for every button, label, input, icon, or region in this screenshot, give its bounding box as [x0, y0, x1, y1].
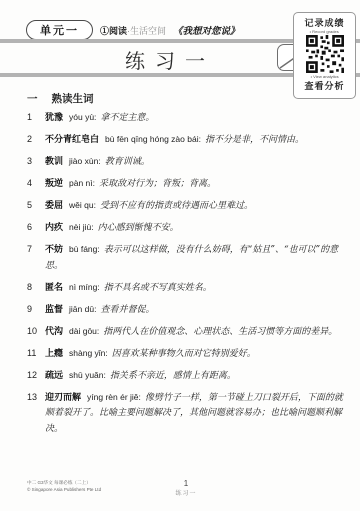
qr-bottom-sublabel: • View analytics [310, 74, 338, 79]
vocab-definition: 拿不定主意。 [100, 113, 154, 123]
list-item: 8匿名nì míng:指不具名或不写真实姓名。 [27, 280, 345, 296]
vocab-term: 不分青红皂白 [45, 134, 99, 144]
list-item: 9监督jiān dū:查看并督促。 [27, 302, 345, 318]
vocab-pinyin: yóu yù: [69, 112, 96, 122]
vocab-definition: 因喜欢某种事物久而对它特别爱好。 [112, 349, 256, 359]
list-item: 4叛逆pàn nì:采取敌对行为；背叛；背离。 [27, 176, 345, 192]
section-heading: 一 熟读生词 [27, 91, 94, 106]
vocab-pinyin: wěi qu: [69, 200, 96, 210]
vocab-pinyin: nèi jiù: [69, 222, 94, 232]
vocab-definition: 教育训诫。 [105, 157, 150, 167]
qr-bottom-label: 查看分析 [304, 79, 344, 92]
list-item: 10代沟dài gōu:指两代人在价值观念、心理状态、生活习惯等方面的差异。 [27, 324, 345, 340]
vocab-pinyin: dài gōu: [69, 326, 99, 336]
vocab-term: 犹豫 [45, 112, 63, 122]
vocab-term: 匿名 [45, 282, 63, 292]
list-item: 11上瘾shàng yǐn:因喜欢某种事物久而对它特别爱好。 [27, 346, 345, 362]
lesson-number-icon: ① [100, 26, 109, 36]
worksheet-page: 单元一 ①阅读·生活空间 《我想对您说》 练习一 42分 记录成绩 • Reco… [0, 0, 360, 511]
vocab-pinyin: jiān dū: [69, 304, 96, 314]
vocab-pinyin: bù fēn qīng hóng zào bái: [105, 134, 201, 144]
list-item: 13迎刃而解yíng rèn ér jiě:像劈竹子一样，第一节碰上刀口裂开后，… [27, 390, 345, 437]
vocab-pinyin: pàn nì: [69, 178, 95, 188]
vocab-definition: 指不分是非，不问情由。 [205, 135, 304, 145]
vocab-term: 上瘾 [45, 348, 63, 358]
vocab-pinyin: shū yuǎn: [69, 370, 106, 380]
vocab-pinyin: shàng yǐn: [69, 348, 108, 358]
vocab-term: 内疚 [45, 222, 63, 232]
qr-panel: 记录成绩 • Record grades • View analytics 查看 [293, 12, 356, 99]
vocab-definition: 内心感到惭愧不安。 [98, 223, 179, 233]
vocab-definition: 指不具名或不写真实姓名。 [104, 283, 212, 293]
qr-top-sublabel: • Record grades [310, 29, 339, 34]
vocab-pinyin: yíng rèn ér jiě: [87, 392, 141, 402]
vocab-definition: 查看并督促。 [100, 305, 154, 315]
page-number: 1 [0, 479, 360, 488]
vocab-term: 迎刃而解 [45, 392, 81, 402]
vocab-definition: 采取敌对行为；背叛；背离。 [99, 179, 216, 189]
vocab-definition: 指关系不亲近，感情上有距离。 [110, 371, 236, 381]
vocab-list: 1犹豫yóu yù:拿不定主意。 2不分青红皂白bù fēn qīng hóng… [27, 110, 345, 443]
section-title: 熟读生词 [52, 91, 94, 106]
vocab-pinyin: nì míng: [69, 282, 100, 292]
list-item: 2不分青红皂白bù fēn qīng hóng zào bái:指不分是非，不问… [27, 132, 345, 148]
list-item: 6内疚nèi jiù:内心感到惭愧不安。 [27, 220, 345, 236]
lesson-reference: ①阅读·生活空间 [100, 24, 166, 37]
qr-top-label: 记录成绩 [304, 16, 344, 29]
list-item: 5委屈wěi qu:受到不应有的指责或待遇而心里难过。 [27, 198, 345, 214]
vocab-term: 叛逆 [45, 178, 63, 188]
vocab-term: 委屈 [45, 200, 63, 210]
list-item: 12疏远shū yuǎn:指关系不亲近，感情上有距离。 [27, 368, 345, 384]
qr-code-icon [306, 35, 344, 73]
unit-badge: 单元一 [26, 20, 93, 40]
vocab-term: 代沟 [45, 326, 63, 336]
vocab-pinyin: jiào xùn: [69, 156, 101, 166]
list-item: 1犹豫yóu yù:拿不定主意。 [27, 110, 345, 126]
list-item: 7不妨bù fáng:表示可以这样做，没有什么妨碍，有“姑且”、“也可以”的意思… [27, 242, 345, 273]
vocab-definition: 受到不应有的指责或待遇而心里难过。 [100, 201, 253, 211]
section-number: 一 [27, 91, 38, 106]
vocab-term: 监督 [45, 304, 63, 314]
page-label: 练习一 [0, 488, 360, 497]
vocab-term: 教训 [45, 156, 63, 166]
vocab-term: 不妨 [45, 244, 63, 254]
list-item: 3教训jiào xùn:教育训诫。 [27, 154, 345, 170]
lesson-title: 《我想对您说》 [173, 23, 240, 37]
header: 单元一 ①阅读·生活空间 《我想对您说》 [26, 20, 290, 40]
vocab-term: 疏远 [45, 370, 63, 380]
vocab-definition: 指两代人在价值观念、心理状态、生活习惯等方面的差异。 [103, 327, 337, 337]
footer-page-info: 1 练习一 [0, 479, 360, 497]
vocab-pinyin: bù fáng: [69, 244, 100, 254]
